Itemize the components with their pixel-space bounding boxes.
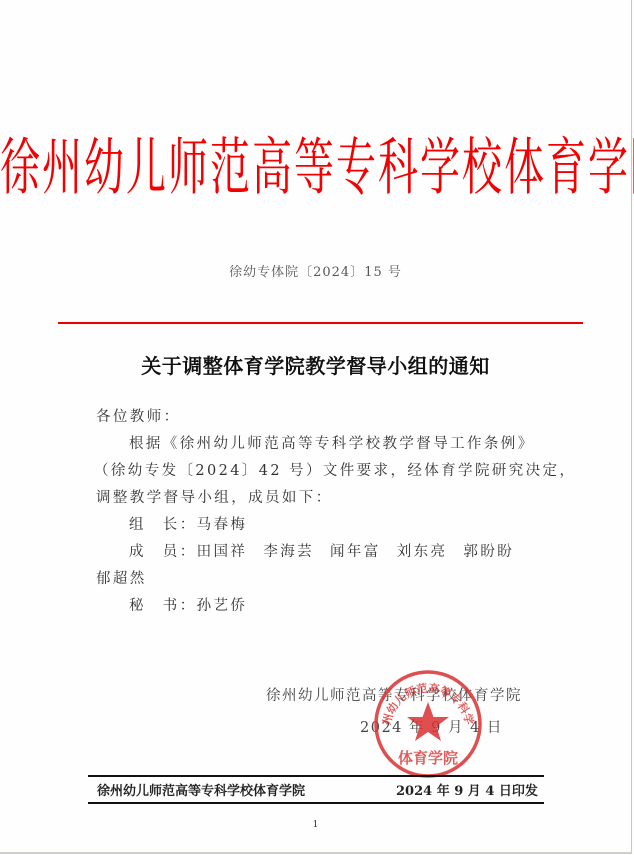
members-row: 成 员：田国祥李海芸闻年富刘东亮郭盼盼 (129, 540, 514, 561)
salutation: 各位教师： (96, 405, 181, 426)
document-page: 徐州幼儿师范高等专科学校体育学院文件 徐幼专体院〔2024〕15 号 关于调整体… (0, 0, 632, 854)
document-title: 关于调整体育学院教学督导小组的通知 (0, 350, 631, 379)
secretary-label: 秘 书： (129, 598, 197, 614)
leader-name: 马春梅 (197, 517, 248, 533)
member-name: 刘东亮 (397, 544, 448, 560)
leader-label: 组 长： (129, 517, 197, 533)
official-seal-icon: 徐州幼儿师范高等专科学校 体育学院 (372, 668, 484, 780)
footer-issuer: 徐州幼儿师范高等专科学校体育学院 (97, 780, 305, 799)
issuer-banner: 徐州幼儿师范高等专科学校体育学院文件 (0, 122, 631, 277)
footer-top-rule (88, 775, 544, 777)
member-name: 闻年富 (330, 544, 381, 560)
red-divider (58, 322, 583, 324)
footer-bottom-rule (88, 802, 544, 804)
document-number: 徐幼专体院〔2024〕15 号 (0, 261, 631, 280)
member-name: 田国祥 (197, 544, 248, 560)
leader-row: 组 长：马春梅 (129, 513, 247, 534)
members-row-continued: 郁超然 (96, 567, 147, 588)
secretary-row: 秘 书：孙艺侨 (129, 594, 247, 615)
secretary-name: 孙艺侨 (197, 598, 248, 614)
footer-print-date: 2024 年 9 月 4 日印发 (396, 780, 538, 799)
paragraph-line-3: 调整教学督导小组，成员如下： (96, 486, 333, 507)
member-name: 李海芸 (263, 544, 314, 560)
page-number: 1 (0, 820, 631, 830)
member-name: 郁超然 (96, 571, 147, 587)
member-name: 郭盼盼 (463, 544, 514, 560)
members-label: 成 员： (129, 544, 197, 560)
paragraph-line-2: （徐幼专发〔2024〕42 号）文件要求，经体育学院研究决定， (94, 459, 576, 480)
paragraph-line-1: 根据《徐州幼儿师范高等专科学校教学督导工作条例》 (129, 432, 535, 453)
svg-text:体育学院: 体育学院 (398, 749, 458, 767)
